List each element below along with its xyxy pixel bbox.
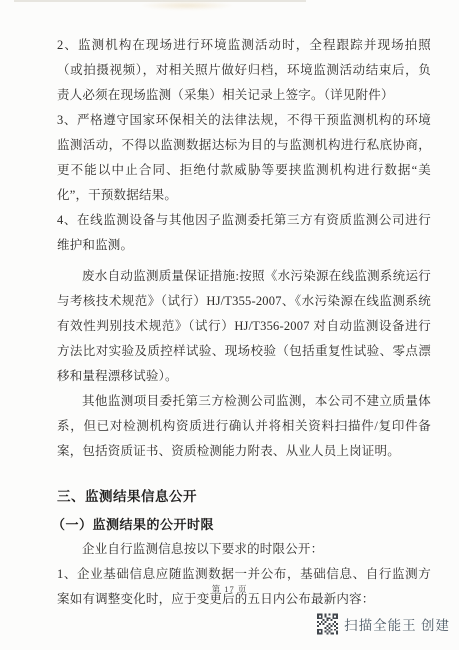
watermark-label: 扫描全能王 创建 (344, 614, 450, 634)
paragraph: 企业自行监测信息按以下要求的时限公开： (57, 537, 431, 562)
qr-code-icon (317, 613, 338, 635)
camscanner-watermark: 扫描全能王 创建 (317, 613, 450, 635)
subsection-heading: （一）监测结果的公开时限 (52, 512, 431, 537)
scanned-document-page: 2、监测机构在现场进行环境监测活动时，全程跟踪并现场拍照（或拍摄视频），对相关照… (0, 0, 459, 650)
paragraph: 废水自动监测质量保证措施:按照《水污染源在线监测系统运行与考核技术规范》（试行）… (57, 264, 431, 389)
page-number: 第 17 页 (0, 583, 459, 595)
paragraph: 3、严格遵守国家环保相关的法律法规，不得干预监测机构的环境监测活动，不得以监测数… (57, 108, 431, 208)
section-heading: 三、监测结果信息公开 (57, 484, 431, 509)
paragraph: 2、监测机构在现场进行环境监测活动时，全程跟踪并现场拍照（或拍摄视频），对相关照… (57, 33, 431, 108)
paragraph: 其他监测项目委托第三方检测公司监测，本公司不建立质量体系，但已对检测机构资质进行… (57, 389, 431, 464)
scan-smudge-artifact (142, 1, 232, 10)
paragraph: 4、在线监测设备与其他因子监测委托第三方有资质监测公司进行维护和监测。 (57, 208, 431, 258)
document-body: 2、监测机构在现场进行环境监测活动时，全程跟踪并现场拍照（或拍摄视频），对相关照… (57, 33, 431, 612)
